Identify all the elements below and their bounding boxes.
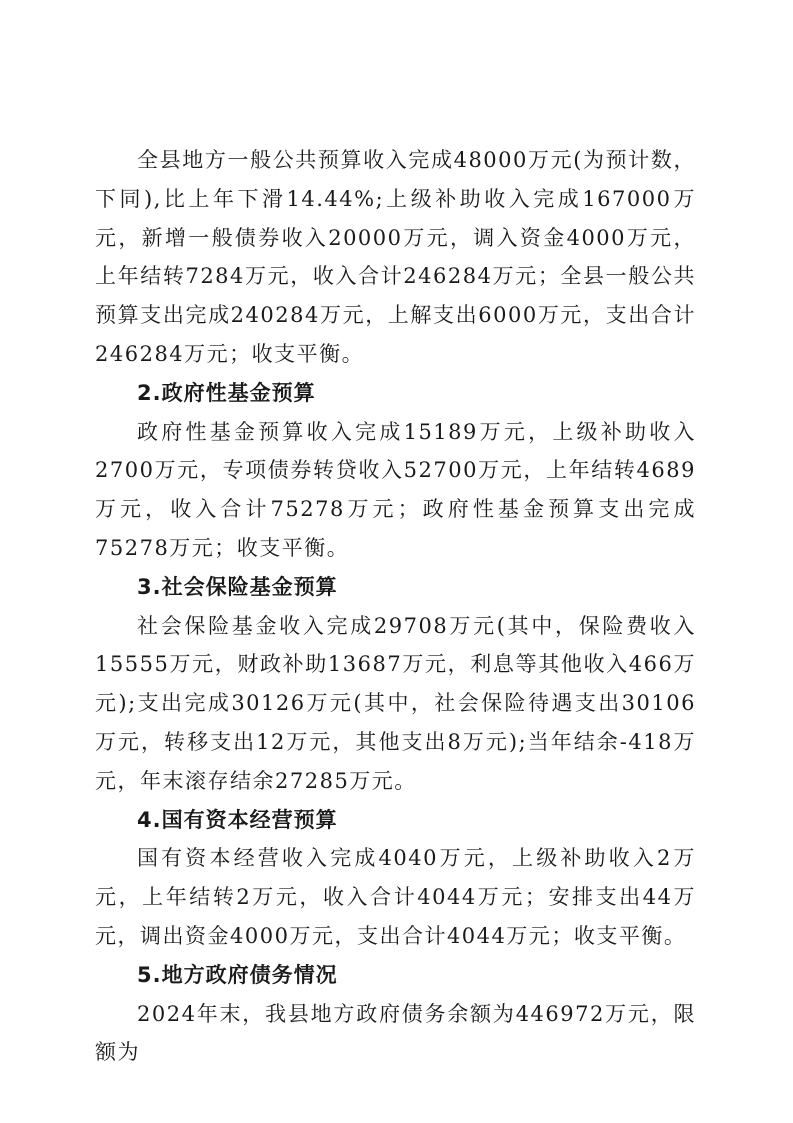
section-heading-government-funds-budget: 2.政府性基金预算	[95, 374, 696, 413]
section-heading-local-government-debt: 5.地方政府债务情况	[95, 956, 696, 995]
document-page: 全县地方一般公共预算收入完成48000万元(为预计数，下同),比上年下滑14.4…	[0, 0, 793, 1123]
section-heading-social-insurance-budget: 3.社会保险基金预算	[95, 568, 696, 607]
section-heading-state-capital-budget: 4.国有资本经营预算	[95, 801, 696, 840]
paragraph-general-public-budget: 全县地方一般公共预算收入完成48000万元(为预计数，下同),比上年下滑14.4…	[95, 141, 696, 374]
document-body: 全县地方一般公共预算收入完成48000万元(为预计数，下同),比上年下滑14.4…	[95, 141, 696, 1072]
paragraph-state-capital-budget: 国有资本经营收入完成4040万元，上级补助收入2万元，上年结转2万元，收入合计4…	[95, 839, 696, 955]
paragraph-government-funds-budget: 政府性基金预算收入完成15189万元，上级补助收入2700万元，专项债券转贷收入…	[95, 413, 696, 568]
paragraph-social-insurance-budget: 社会保险基金收入完成29708万元(其中，保险费收入15555万元，财政补助13…	[95, 607, 696, 801]
paragraph-local-government-debt: 2024年末，我县地方政府债务余额为446972万元，限额为	[95, 995, 696, 1073]
